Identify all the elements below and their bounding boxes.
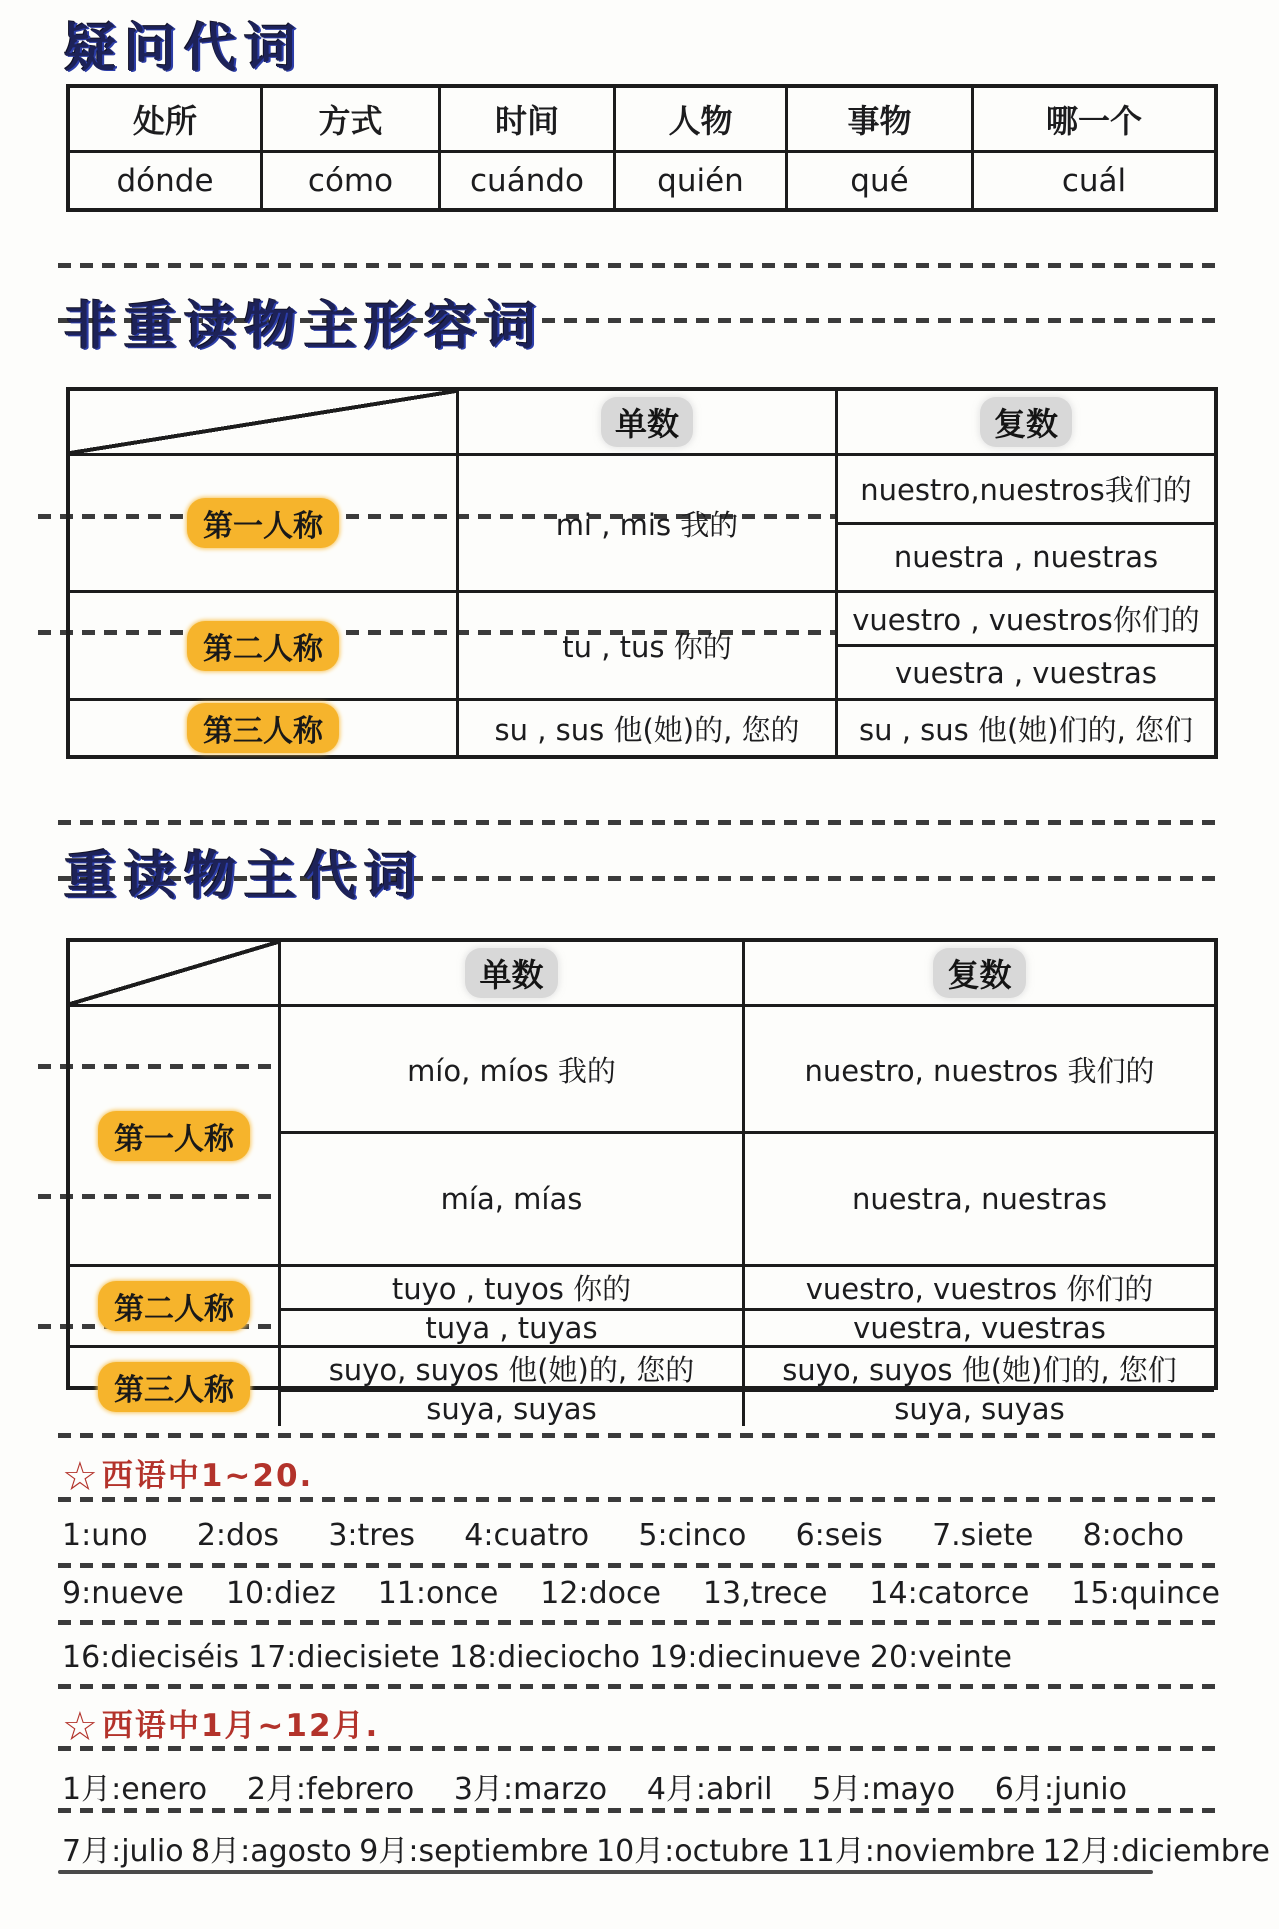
ruled-line bbox=[58, 263, 1222, 268]
table-cell: vuestro , vuestros你们的 vuestra , vuestras bbox=[835, 590, 1214, 698]
plural-header: 复数 bbox=[835, 391, 1214, 453]
numbers-line-2: 9:nueve 10:diez 11:once 12:doce 13,trece… bbox=[62, 1576, 1220, 1611]
table-cell: suyo, suyos 他(她)们的, 您们 bbox=[742, 1345, 1214, 1392]
months-line-1: 1月:enero 2月:febrero 3月:marzo 4月:abril 5月… bbox=[62, 1764, 1127, 1808]
table-cell: tuyo , tuyos 你的 bbox=[278, 1264, 742, 1311]
table-cell: suya, suyas bbox=[742, 1392, 1214, 1426]
ruled-line bbox=[58, 820, 1222, 825]
person-label: 第二人称 bbox=[70, 590, 456, 698]
numbers-line-3: 16:dieciséis 17:diecisiete 18:dieciocho … bbox=[62, 1640, 1012, 1675]
table-cell: vuestro, vuestros 你们的 bbox=[742, 1264, 1214, 1311]
table-cell: mi , mis 我的 bbox=[456, 453, 835, 590]
person-label: 第一人称 bbox=[70, 453, 456, 590]
interrogatives-table: 处所 方式 时间 人物 事物 哪一个 dónde cómo cuándo qui… bbox=[66, 84, 1218, 212]
table-cell: suyo, suyos 他(她)的, 您的 bbox=[278, 1345, 742, 1392]
table-cell: su , sus 他(她)的, 您的 bbox=[456, 698, 835, 755]
col-header: 事物 bbox=[785, 88, 971, 150]
person-label: 第三人称 bbox=[70, 1345, 278, 1426]
bottom-rule bbox=[58, 1870, 1153, 1874]
numbers-line-1: 1:uno 2:dos 3:tres 4:cuatro 5:cinco 6:se… bbox=[62, 1518, 1184, 1553]
diagonal-corner-cell bbox=[70, 391, 456, 453]
months-line-2: 7月:julio 8月:agosto 9月:septiembre 10月:oct… bbox=[62, 1826, 1270, 1870]
ruled-line bbox=[58, 1433, 1222, 1438]
ruled-line bbox=[58, 1808, 1222, 1813]
col-header: 处所 bbox=[70, 88, 260, 150]
table-cell: mío, míos 我的 bbox=[278, 1004, 742, 1134]
person-label: 第一人称 bbox=[70, 1004, 278, 1264]
person-label: 第二人称 bbox=[70, 1264, 278, 1345]
singular-header: 单数 bbox=[278, 942, 742, 1004]
table-cell: nuestra, nuestras bbox=[742, 1134, 1214, 1264]
singular-header: 单数 bbox=[456, 391, 835, 453]
table-cell: cuándo bbox=[438, 150, 613, 208]
section3-title: 重读物主代词 bbox=[64, 834, 424, 909]
section1-title: 疑问代词 bbox=[64, 6, 304, 81]
col-header: 方式 bbox=[260, 88, 438, 150]
table-cell: nuestro,nuestros我们的 nuestra , nuestras bbox=[835, 453, 1214, 590]
table-cell: dónde bbox=[70, 150, 260, 208]
table-cell: vuestra, vuestras bbox=[742, 1311, 1214, 1345]
diagonal-corner-cell bbox=[70, 942, 278, 1004]
table-cell: suya, suyas bbox=[278, 1392, 742, 1426]
person-label: 第三人称 bbox=[70, 698, 456, 755]
ruled-line bbox=[58, 1563, 1222, 1568]
plural-header: 复数 bbox=[742, 942, 1214, 1004]
col-header: 人物 bbox=[613, 88, 785, 150]
table-cell: tuya , tuyas bbox=[278, 1311, 742, 1345]
star-icon: ☆ bbox=[62, 1704, 100, 1750]
table-cell: qué bbox=[785, 150, 971, 208]
table-cell: nuestro, nuestros 我们的 bbox=[742, 1004, 1214, 1134]
table-cell: tu , tus 你的 bbox=[456, 590, 835, 698]
star-icon: ☆ bbox=[62, 1454, 100, 1500]
ruled-line bbox=[58, 1684, 1222, 1689]
table-cell: mía, mías bbox=[278, 1134, 742, 1264]
note-months-heading: ☆西语中1月~12月. bbox=[62, 1700, 379, 1750]
col-header: 时间 bbox=[438, 88, 613, 150]
col-header: 哪一个 bbox=[971, 88, 1214, 150]
table-cell: cómo bbox=[260, 150, 438, 208]
table-cell: cuál bbox=[971, 150, 1214, 208]
notebook-page: 疑问代词 处所 方式 时间 人物 事物 哪一个 dónde cómo cuánd… bbox=[0, 0, 1279, 1929]
note-numbers-heading: ☆西语中1~20. bbox=[62, 1450, 313, 1500]
table-cell: quién bbox=[613, 150, 785, 208]
section2-title: 非重读物主形容词 bbox=[64, 284, 544, 359]
table-cell: su , sus 他(她)们的, 您们 bbox=[835, 698, 1214, 755]
unstressed-possessives-table: 单数 复数 第一人称 mi , mis 我的 nuestro,nuestros我… bbox=[66, 387, 1218, 759]
ruled-line bbox=[58, 1620, 1222, 1625]
stressed-possessives-table: 单数 复数 第一人称 mío, míos 我的 nuestro, nuestro… bbox=[66, 938, 1218, 1390]
